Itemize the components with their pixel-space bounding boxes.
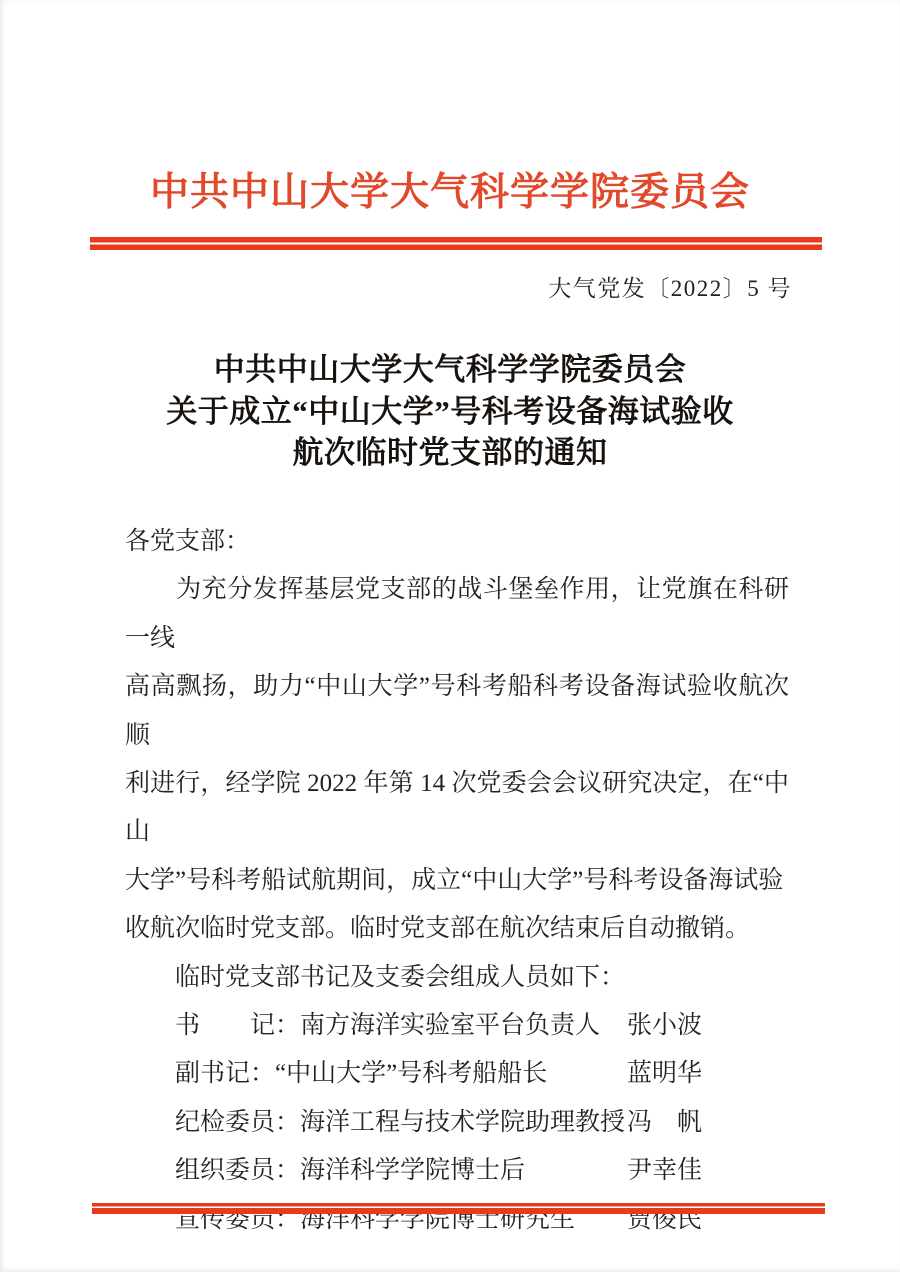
org-header-title: 中共中山大学大气科学学院委员会 — [0, 172, 900, 215]
role-row-organization-member: 组织委员：海洋科学学院博士后 尹幸佳 — [125, 1147, 789, 1195]
document-body: 各党支部： 为充分发挥基层党支部的战斗堡垒作用，让党旗在科研一线 高高飘扬，助力… — [125, 518, 789, 1244]
role-row-deputy-secretary: 副书记：“中山大学”号科考船船长 蓝明华 — [125, 1050, 789, 1098]
body-paragraph-2: 临时党支部书记及支委会组成人员如下： — [125, 954, 789, 1002]
salutation: 各党支部： — [125, 518, 789, 566]
role-description: 海洋科学学院博士后 — [300, 1157, 525, 1184]
role-person-name: 冯 帆 — [627, 1099, 702, 1147]
header-red-rule — [90, 237, 822, 250]
role-person-name: 蓝明华 — [627, 1050, 702, 1098]
role-description: 南方海洋实验室平台负责人 — [300, 1012, 600, 1039]
role-description: “中山大学”号科考船船长 — [275, 1060, 547, 1087]
role-label: 书 记： — [175, 1012, 300, 1039]
role-person-name: 尹幸佳 — [627, 1147, 702, 1195]
document-number: 大气党发〔2022〕5 号 — [548, 274, 792, 304]
role-label: 组织委员： — [175, 1157, 300, 1184]
role-row-secretary: 书 记：南方海洋实验室平台负责人 张小波 — [125, 1002, 789, 1050]
role-row-discipline-member: 纪检委员：海洋工程与技术学院助理教授 冯 帆 — [125, 1099, 789, 1147]
document-title: 中共中山大学大气科学学院委员会 关于成立“中山大学”号科考设备海试验收 航次临时… — [0, 349, 900, 474]
role-description: 海洋工程与技术学院助理教授 — [300, 1109, 625, 1136]
body-paragraph-1: 为充分发挥基层党支部的战斗堡垒作用，让党旗在科研一线 高高飘扬，助力“中山大学”… — [125, 566, 789, 953]
role-label: 副书记： — [175, 1060, 275, 1087]
role-label: 纪检委员： — [175, 1109, 300, 1136]
footer-red-rule — [92, 1203, 825, 1214]
role-person-name: 张小波 — [627, 1002, 702, 1050]
document-page: 中共中山大学大气科学学院委员会 大气党发〔2022〕5 号 中共中山大学大气科学… — [0, 0, 900, 1272]
